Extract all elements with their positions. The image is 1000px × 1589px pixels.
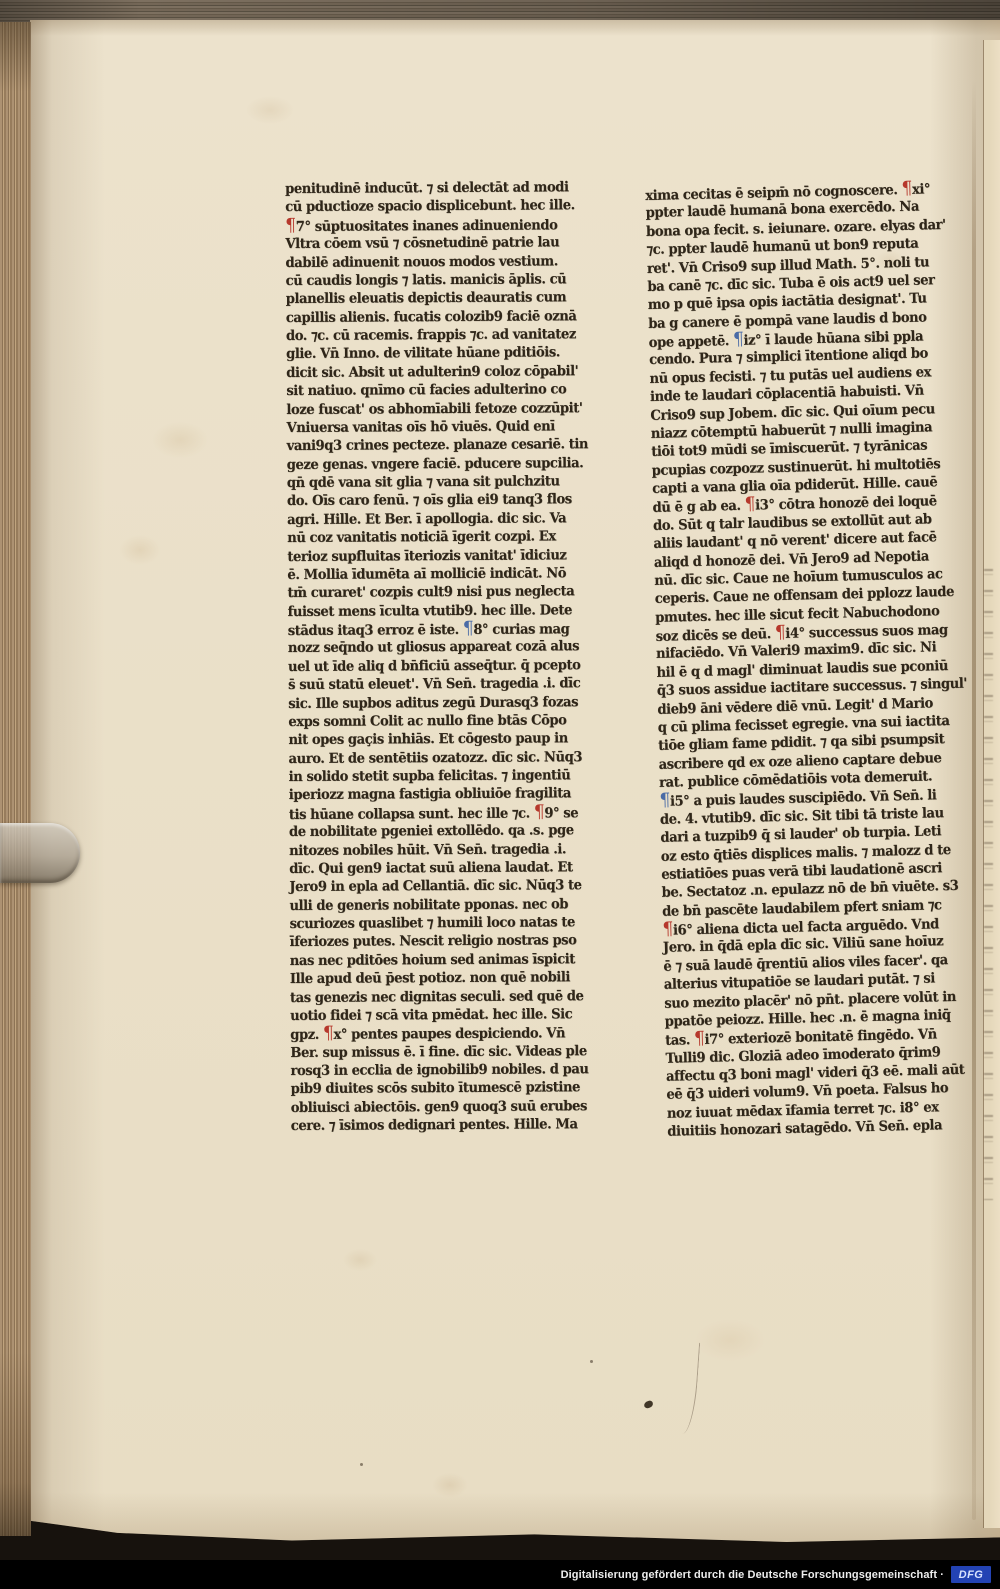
text-line: auro. Et de sentētiis ozatozz. dīc sic. … <box>288 748 590 768</box>
text-segment: nit opes gaçis inhiās. Et cōgesto paup i… <box>288 731 567 749</box>
paraph-mark-blue: ¶ <box>659 790 670 811</box>
text-line: ulli de generis nobilitate pponas. nec o… <box>289 895 591 915</box>
paraph-mark-blue: ¶ <box>463 618 474 639</box>
text-segment: do. Oīs caro fenū. ⁊ oīs glia ei9 tanq3 … <box>287 492 572 510</box>
text-segment: agri. Hille. Et Ber. ī apollogia. dic si… <box>287 510 566 528</box>
digitization-caption: Digitalisierung gefördert durch die Deut… <box>561 1569 944 1581</box>
text-line: penitudinē inducūt. ⁊ si delectāt ad mod… <box>285 178 587 198</box>
text-segment: iperiozz magna fastigia obliuiōe fragili… <box>289 786 571 804</box>
text-line: ¶7° sūptuositates inanes adinueniendo <box>285 215 587 235</box>
text-segment: x° pentes paupes despiciendo. Vn̄ <box>333 1026 565 1043</box>
text-column-right: xima cecitas ē seipm̄ nō cognoscere. ¶xi… <box>645 179 985 1142</box>
text-segment: pib9 diuites scōs subito ītumescē pzisti… <box>291 1080 580 1098</box>
text-segment: in solido stetit supba felicitas. ⁊ inge… <box>289 767 571 785</box>
text-line: tm̄ curaret' cozpis cult9 nisi pus negle… <box>287 582 589 602</box>
text-line: do. Oīs caro fenū. ⁊ oīs glia ei9 tanq3 … <box>287 491 589 511</box>
text-line: nozz seq̄ndo ut gliosus appareat cozā al… <box>288 638 590 658</box>
paraph-mark-red: ¶ <box>534 801 545 822</box>
text-segment: planellis eleuatis depictis deauratis cu… <box>286 290 566 308</box>
hairline-mark <box>675 1341 700 1434</box>
text-segment: scuriozes quaslibet ⁊ humili loco natas … <box>289 914 574 932</box>
paraph-mark-red: ¶ <box>744 494 755 515</box>
text-segment: loze fuscat' os abhomīabili fetoze cozzū… <box>286 400 582 418</box>
text-segment: rosq3 in ecclia de ignobilib9 nobiles. d… <box>290 1061 588 1079</box>
dfg-logo: DFG <box>951 1566 991 1583</box>
text-segment: Ber. sup missus ē. ī fine. dīc sic. Vide… <box>290 1043 587 1061</box>
text-line: terioz supfluitas īteriozis vanitat' īdi… <box>287 546 589 566</box>
text-line: gpz. ¶x° pentes paupes despiciendo. Vn̄ <box>290 1023 592 1043</box>
text-line: nit opes gaçis inhiās. Et cōgesto paup i… <box>288 729 590 749</box>
text-segment: cū caudis longis ⁊ latis. manicis āplis.… <box>286 271 567 289</box>
text-line: tas genezis nec dignitas seculi. sed quē… <box>290 987 592 1007</box>
text-line: pib9 diuites scōs subito ītumescē pzisti… <box>291 1079 593 1099</box>
text-segment: nas nec pditōes hoium sed animas īspicit <box>290 951 575 969</box>
paraph-mark-red: ¶ <box>285 215 296 236</box>
text-line: rosq3 in ecclia de ignobilib9 nobiles. d… <box>290 1060 592 1080</box>
book-fore-edge-pages <box>0 22 31 1536</box>
text-segment: terioz supfluitas īteriozis vanitat' īdi… <box>287 547 566 565</box>
text-line: in solido stetit supba felicitas. ⁊ inge… <box>289 766 591 786</box>
text-line: cū pductioze spacio displicebunt. hec il… <box>285 197 587 217</box>
text-segment: qn̄ qdē vana sit glia ⁊ vana sit pulchzi… <box>287 473 560 491</box>
text-segment: tm̄ curaret' cozpis cult9 nisi pus negle… <box>287 583 574 601</box>
text-segment: gpz. <box>290 1027 323 1043</box>
text-line: do. ⁊c. cū racemis. frappis ⁊c. ad vanit… <box>286 325 588 345</box>
text-segment: obliuisci abiectōis. gen9 quoq3 suū erub… <box>291 1098 587 1116</box>
text-segment: tis hūane collapsa sunt. hec ille ⁊c. <box>289 805 534 822</box>
text-segment: cere. ⁊ īsimos dedignari pentes. Hille. … <box>291 1116 578 1134</box>
text-segment: tas genezis nec dignitas seculi. sed quē… <box>290 988 584 1006</box>
text-line: dicit sic. Absit ut adulterin9 coloz cōp… <box>286 362 588 382</box>
text-line: scuriozes quaslibet ⁊ humili loco natas … <box>289 913 591 933</box>
text-line: ē. Mollia īdumēta aī molliciē indicāt. N… <box>287 564 589 584</box>
text-segment: do. ⁊c. cū racemis. frappis ⁊c. ad vanit… <box>286 326 576 344</box>
text-line: qn̄ qdē vana sit glia ⁊ vana sit pulchzi… <box>287 472 589 492</box>
text-line: uotio fidei ⁊ scā vita pmēdat. hec ille.… <box>290 1005 592 1025</box>
text-segment: dū ē g ab ea. <box>652 498 744 516</box>
text-segment: glie. Vn̄ Inno. de vilitate hūane pditiō… <box>286 345 560 363</box>
text-segment: dīc. Qui gen9 iactat suū aliena laudat. … <box>289 859 572 877</box>
text-line: Ille apud deū p̄est potioz. non quē nobi… <box>290 968 592 988</box>
paraph-mark-red: ¶ <box>901 178 912 199</box>
text-column-left: penitudinē inducūt. ⁊ si delectāt ad mod… <box>285 178 609 1135</box>
text-line: Jero9 in epla ad Cellantiā. dīc sic. Nūq… <box>289 876 591 896</box>
text-segment: cū pductioze spacio displicebunt. hec il… <box>285 198 575 216</box>
text-segment: ē. Mollia īdumēta aī molliciē indicāt. N… <box>287 565 566 583</box>
text-line: capillis alienis. fucatis colozib9 faciē… <box>286 307 588 327</box>
text-line: uel ut īde aliq d bn̄ficiū asseq̄tur. q̄… <box>288 656 590 676</box>
text-segment: Ille apud deū p̄est potioz. non quē nobi… <box>290 969 570 987</box>
text-segment: 8° curias mag <box>473 621 569 638</box>
text-segment: īferiozes putes. Nescit religio nostras … <box>290 933 577 951</box>
text-segment: vani9q3 crines pecteze. planaze cesariē.… <box>287 436 588 454</box>
text-segment: de nobilitate pgeniei extollēdo. qa .s. … <box>289 822 574 840</box>
text-segment: 7° sūptuositates inanes adinueniendo <box>296 217 558 235</box>
text-line: cere. ⁊ īsimos dedignari pentes. Hille. … <box>291 1115 593 1135</box>
text-segment: geze genas. vngere faciē. pducere supcil… <box>287 455 584 473</box>
text-line: īferiozes putes. Nescit religio nostras … <box>290 932 592 952</box>
text-segment: Jero9 in epla ad Cellantiā. dīc sic. Nūq… <box>289 877 581 895</box>
text-line: stādus itaq3 erroz ē iste. ¶8° curias ma… <box>288 619 590 639</box>
text-segment: dicit sic. Absit ut adulterin9 coloz cōp… <box>286 363 578 381</box>
text-segment: Vltra cōem vsū ⁊ cōsnetudinē patrie lau <box>285 234 559 252</box>
paraph-mark-blue: ¶ <box>733 329 744 350</box>
text-segment: nitozes nobiles hūit. Vn̄ Sen̄. tragedia… <box>289 841 566 859</box>
text-line: dīc. Qui gen9 iactat suū aliena laudat. … <box>289 858 591 878</box>
text-line: sit natiuo. qnīmo cū facies adulterino c… <box>286 380 588 400</box>
text-segment: dabilē adinuenit nouos modos vestium. <box>285 253 557 271</box>
text-line: Ber. sup missus ē. ī fine. dīc sic. Vide… <box>290 1042 592 1062</box>
text-line: nū coz vanitatis noticiā īgerit cozpi. E… <box>287 527 589 547</box>
text-segment: auro. Et de sentētiis ozatozz. dīc sic. … <box>288 749 582 767</box>
text-segment: Vniuersa vanitas oīs hō viuēs. Quid enī <box>286 418 554 436</box>
text-line: planellis eleuatis depictis deauratis cu… <box>286 288 588 308</box>
text-segment: ope appetē. <box>649 333 734 351</box>
text-line: Vltra cōem vsū ⁊ cōsnetudinē patrie lau <box>285 233 587 253</box>
text-segment: penitudinē inducūt. ⁊ si delectāt ad mod… <box>285 179 569 197</box>
text-segment: sit natiuo. qnīmo cū facies adulterino c… <box>286 381 566 399</box>
text-line: nas nec pditōes hoium sed animas īspicit <box>290 950 592 970</box>
text-line: agri. Hille. Et Ber. ī apollogia. dic si… <box>287 509 589 529</box>
text-line: dabilē adinuenit nouos modos vestium. <box>285 252 587 272</box>
text-line: s̄ suū statū eleuet'. Vn̄ Sen̄. tragedia… <box>288 674 590 694</box>
ink-speck <box>360 1463 363 1466</box>
text-segment: uotio fidei ⁊ scā vita pmēdat. hec ille.… <box>290 1006 572 1024</box>
text-line: glie. Vn̄ Inno. de vilitate hūane pditiō… <box>286 344 588 364</box>
text-segment: exps somni Colit ac nullo fine btās Cōpo <box>288 712 566 730</box>
ink-blot <box>643 1400 654 1409</box>
text-segment: nozz seq̄ndo ut gliosus appareat cozā al… <box>288 639 579 657</box>
text-segment: sic. Ille supbos aditus zegū Durasq3 foz… <box>288 694 578 712</box>
page-holder-strip <box>0 823 80 883</box>
next-page-text-fragments <box>984 560 993 1200</box>
text-line: vani9q3 crines pecteze. planaze cesariē.… <box>287 435 589 455</box>
text-line: loze fuscat' os abhomīabili fetoze cozzū… <box>286 399 588 419</box>
paraph-mark-red: ¶ <box>775 622 786 643</box>
text-segment: s̄ suū statū eleuet'. Vn̄ Sen̄. tragedia… <box>288 675 580 693</box>
text-line: sic. Ille supbos aditus zegū Durasq3 foz… <box>288 693 590 713</box>
text-line: geze genas. vngere faciē. pducere supcil… <box>287 454 589 474</box>
text-segment: 9° se <box>544 805 578 821</box>
text-line: obliuisci abiectōis. gen9 quoq3 suū erub… <box>291 1097 593 1117</box>
text-segment: ulli de generis nobilitate pponas. nec o… <box>289 896 568 914</box>
text-segment: tas. <box>665 1032 694 1049</box>
text-line: iperiozz magna fastigia obliuiōe fragili… <box>289 785 591 805</box>
text-segment: nū coz vanitatis noticiā īgerit cozpi. E… <box>287 528 556 546</box>
paraph-mark-red: ¶ <box>662 919 673 940</box>
text-line: de nobilitate pgeniei extollēdo. qa .s. … <box>289 821 591 841</box>
next-page-edge <box>983 40 1000 1528</box>
text-line: cū caudis longis ⁊ latis. manicis āplis.… <box>286 270 588 290</box>
text-segment: capillis alienis. fucatis colozib9 faciē… <box>286 308 577 326</box>
text-line: nitozes nobiles hūit. Vn̄ Sen̄. tragedia… <box>289 840 591 860</box>
digitization-caption-bar: Digitalisierung gefördert durch die Deut… <box>0 1560 1000 1589</box>
text-line: Vniuersa vanitas oīs hō viuēs. Quid enī <box>286 417 588 437</box>
text-segment: uel ut īde aliq d bn̄ficiū asseq̄tur. q̄… <box>288 657 580 675</box>
text-segment: stādus itaq3 erroz ē iste. <box>288 622 463 639</box>
paraph-mark-red: ¶ <box>323 1023 334 1044</box>
text-line: fuisset mens īculta vtutib9. hec ille. D… <box>288 601 590 621</box>
text-segment: fuisset mens īculta vtutib9. hec ille. D… <box>288 602 572 620</box>
text-line: exps somni Colit ac nullo fine btās Cōpo <box>288 711 590 731</box>
text-segment: xi° <box>912 181 930 197</box>
text-line: tis hūane collapsa sunt. hec ille ⁊c. ¶9… <box>289 803 591 823</box>
ink-speck <box>590 1360 593 1363</box>
